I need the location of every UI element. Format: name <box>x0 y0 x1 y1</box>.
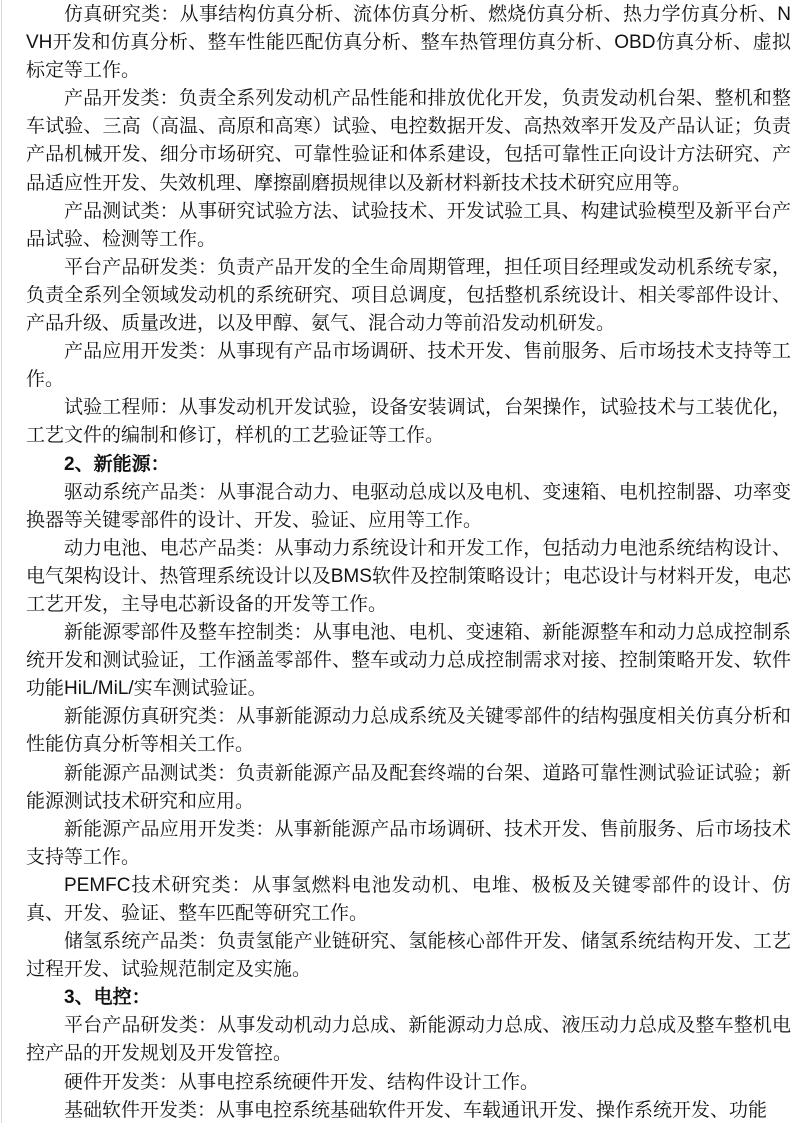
section-heading: 2、新能源： <box>26 451 791 479</box>
paragraph: 新能源仿真研究类：从事新能源动力总成系统及关键零部件的结构强度相关仿真分析和性能… <box>26 703 791 759</box>
paragraph: 储氢系统产品类：负责氢能产业链研究、氢能核心部件开发、储氢系统结构开发、工艺过程… <box>26 928 791 984</box>
paragraph: 平台产品研发类：从事发动机动力总成、新能源动力总成、液压动力总成及整车整机电控产… <box>26 1012 791 1068</box>
paragraph: 驱动系统产品类：从事混合动力、电驱动总成以及电机、变速箱、电机控制器、功率变换器… <box>26 479 791 535</box>
document-page: 仿真研究类：从事结构仿真分析、流体仿真分析、燃烧仿真分析、热力学仿真分析、NVH… <box>0 0 799 1123</box>
paragraph: PEMFC技术研究类：从事氢燃料电池发动机、电堆、极板及关键零部件的设计、仿真、… <box>26 872 791 928</box>
paragraph: 产品应用开发类：从事现有产品市场调研、技术开发、售前服务、后市场技术支持等工作。 <box>26 338 791 394</box>
paragraph: 平台产品研发类：负责产品开发的全生命周期管理，担任项目经理或发动机系统专家，负责… <box>26 254 791 338</box>
paragraph: 产品测试类：从事研究试验方法、试验技术、开发试验工具、构建试验模型及新平台产品试… <box>26 198 791 254</box>
paragraph: 硬件开发类：从事电控系统硬件开发、结构件设计工作。 <box>26 1069 791 1097</box>
paragraph: 仿真研究类：从事结构仿真分析、流体仿真分析、燃烧仿真分析、热力学仿真分析、NVH… <box>26 1 791 85</box>
paragraph: 产品开发类：负责全系列发动机产品性能和排放优化开发，负责发动机台架、整机和整车试… <box>26 85 791 197</box>
paragraph: 新能源零部件及整车控制类：从事电池、电机、变速箱、新能源整车和动力总成控制系统开… <box>26 619 791 703</box>
paragraph: 新能源产品应用开发类：从事新能源产品市场调研、技术开发、售前服务、后市场技术支持… <box>26 816 791 872</box>
page-edge-line <box>1 0 2 1123</box>
document-body: 仿真研究类：从事结构仿真分析、流体仿真分析、燃烧仿真分析、热力学仿真分析、NVH… <box>26 1 791 1123</box>
paragraph: 试验工程师：从事发动机开发试验，设备安装调试，台架操作，试验技术与工装优化，工艺… <box>26 394 791 450</box>
section-heading: 3、电控： <box>26 984 791 1012</box>
paragraph: 新能源产品测试类：负责新能源产品及配套终端的台架、道路可靠性测试验证试验；新能源… <box>26 760 791 816</box>
paragraph: 基础软件开发类：从事电控系统基础软件开发、车载通讯开发、操作系统开发、功能 <box>26 1097 791 1123</box>
paragraph: 动力电池、电芯产品类：从事动力系统设计和开发工作，包括动力电池系统结构设计、电气… <box>26 535 791 619</box>
